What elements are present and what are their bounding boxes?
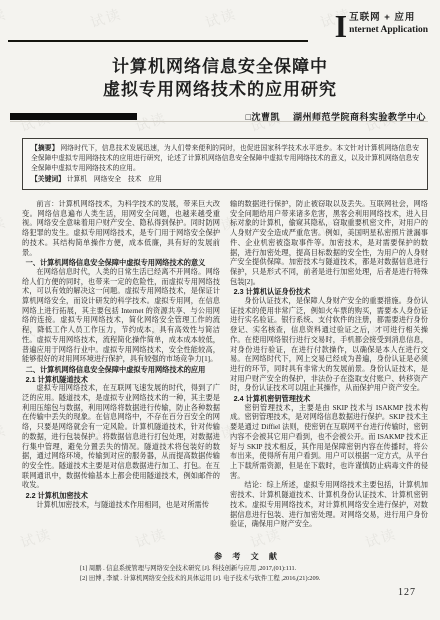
abstract-row: 【摘要】 网络时代下，信息技术发展迅速，为人们带来便利的同时，也促进国家科学技术… — [31, 144, 419, 174]
journal-initial-letter: I — [335, 11, 347, 41]
reference-item-2: [2] 田博 , 李斌 . 计算机网络安全技术的具体运用 [J]. 电子技术与软… — [80, 574, 415, 584]
section-heading-1: 一、计算机网络信息安全保障中虚拟专用网络技术的意义 — [22, 258, 220, 268]
keywords-text: 计算机 网络安全 技术 应用 — [67, 176, 162, 183]
author-name: □沈曹凯 — [246, 112, 280, 122]
references-heading: 参 考 文 献 — [80, 551, 415, 562]
header-divider — [8, 40, 308, 42]
subsection-heading-2-2: 2.2 计算机加密技术 — [22, 491, 220, 501]
section-heading-2: 二、计算机网络信息安全保障中虚拟专用网络技术的应用 — [22, 365, 220, 375]
article-title-line1: 计算机网络信息安全保障中 — [0, 55, 440, 78]
article-title: 计算机网络信息安全保障中 虚拟专用网络技术的应用研究 — [0, 55, 440, 101]
paragraph-tunnel-tech: 虚拟专用网络技术，在互联网飞速发展的时代，得到了广泛的应用。隧道技术，是虚拟专业… — [22, 384, 220, 491]
reference-item-1: [1] 周鹏 . 信息系统管理与网络安全技术研究 [J]. 科技创新与应用 ,2… — [80, 564, 415, 574]
paragraph-section1: 在网络信息时代，人类的日常生活已经离不开网络。网络给人们方便的同时，也带来一定的… — [22, 268, 220, 365]
author-affiliation: 湖州师范学院商科实验教学中心 — [293, 112, 426, 122]
paragraph-key-management: 密钥管理技术，主要是由 SKIP 技术与 ISAKMP 技术构成。密钥管理技术，… — [230, 404, 428, 482]
subsection-heading-2-3: 2.3 计算机认证身份技术 — [230, 287, 428, 297]
right-column: 输的数据进行保护，防止被窃取以及丢失。互联网社会，网络安全问题给用户带来诸多危害… — [230, 200, 428, 552]
byline: □沈曹凯 湖州师范学院商科实验教学中心 — [10, 110, 426, 123]
left-column: 前言：计算机网络技术，为科学技术的发展，带来巨大改变。网络信息遍布人类生活，用网… — [22, 200, 220, 552]
journal-names: 互联网 + 应用 nternet Application — [349, 11, 428, 36]
references-section: 参 考 文 献 [1] 周鹏 . 信息系统管理与网络安全技术研究 [J]. 科技… — [80, 551, 415, 583]
abstract-text: 网络时代下，信息技术发展迅速，为人们带来便利的同时，也促进国家科学技术水平进步。… — [31, 145, 419, 172]
page-number: 127 — [398, 587, 416, 598]
subsection-heading-2-4: 2.4 计算机密钥管理技术 — [230, 394, 428, 404]
paragraph-identity-auth: 身份认证技术，是保障人身财产安全的重要措施。身份认证技术的使用非常广泛，例如火车… — [230, 297, 428, 394]
title-underline-bar — [10, 113, 137, 120]
paragraph-conclusion: 结论：综上所述，虚拟专用网络技术主要包括，计算机加密技术、计算机隧道技术、计算机… — [230, 481, 428, 530]
author-line: □沈曹凯 湖州师范学院商科实验教学中心 — [246, 110, 426, 123]
journal-name-en: nternet Application — [349, 24, 428, 36]
watermark-text: 试读 — [203, 4, 240, 33]
keywords-row: 【关键词】 计算机 网络安全 技术 应用 — [31, 175, 419, 185]
article-title-line2: 虚拟专用网络技术的应用研究 — [0, 78, 440, 101]
paragraph-encryption-cont: 输的数据进行保护，防止被窃取以及丢失。互联网社会，网络安全问题给用户带来诸多危害… — [230, 200, 428, 287]
keywords-label: 【关键词】 — [31, 176, 65, 183]
watermark-text: 试读 — [0, 420, 9, 449]
journal-name-cn: 互联网 + 应用 — [349, 11, 428, 24]
journal-masthead: I 互联网 + 应用 nternet Application — [335, 11, 428, 41]
watermark-text: 试读 — [88, 4, 125, 33]
paragraph-encryption-start: 计算机加密技术，与隧道技术作用相同，也是对所需传 — [22, 501, 220, 511]
journal-page: 试读试读试读试读试读试读试读试读试读试读试读试读试读试读试读试读试读试读试读试读… — [0, 0, 440, 620]
article-body: 前言：计算机网络技术，为科学技术的发展，带来巨大改变。网络信息遍布人类生活，用网… — [22, 200, 428, 552]
watermark-text: 试读 — [0, 4, 9, 33]
paragraph-intro: 前言：计算机网络技术，为科学技术的发展，带来巨大改变。网络信息遍布人类生活，用网… — [22, 200, 220, 258]
subsection-heading-2-1: 2.1 计算机隧道技术 — [22, 375, 220, 385]
abstract-box: 【摘要】 网络时代下，信息技术发展迅速，为人们带来便利的同时，也促进国家科学技术… — [22, 138, 428, 190]
abstract-label: 【摘要】 — [31, 145, 59, 152]
watermark-text: 试读 — [0, 212, 9, 241]
